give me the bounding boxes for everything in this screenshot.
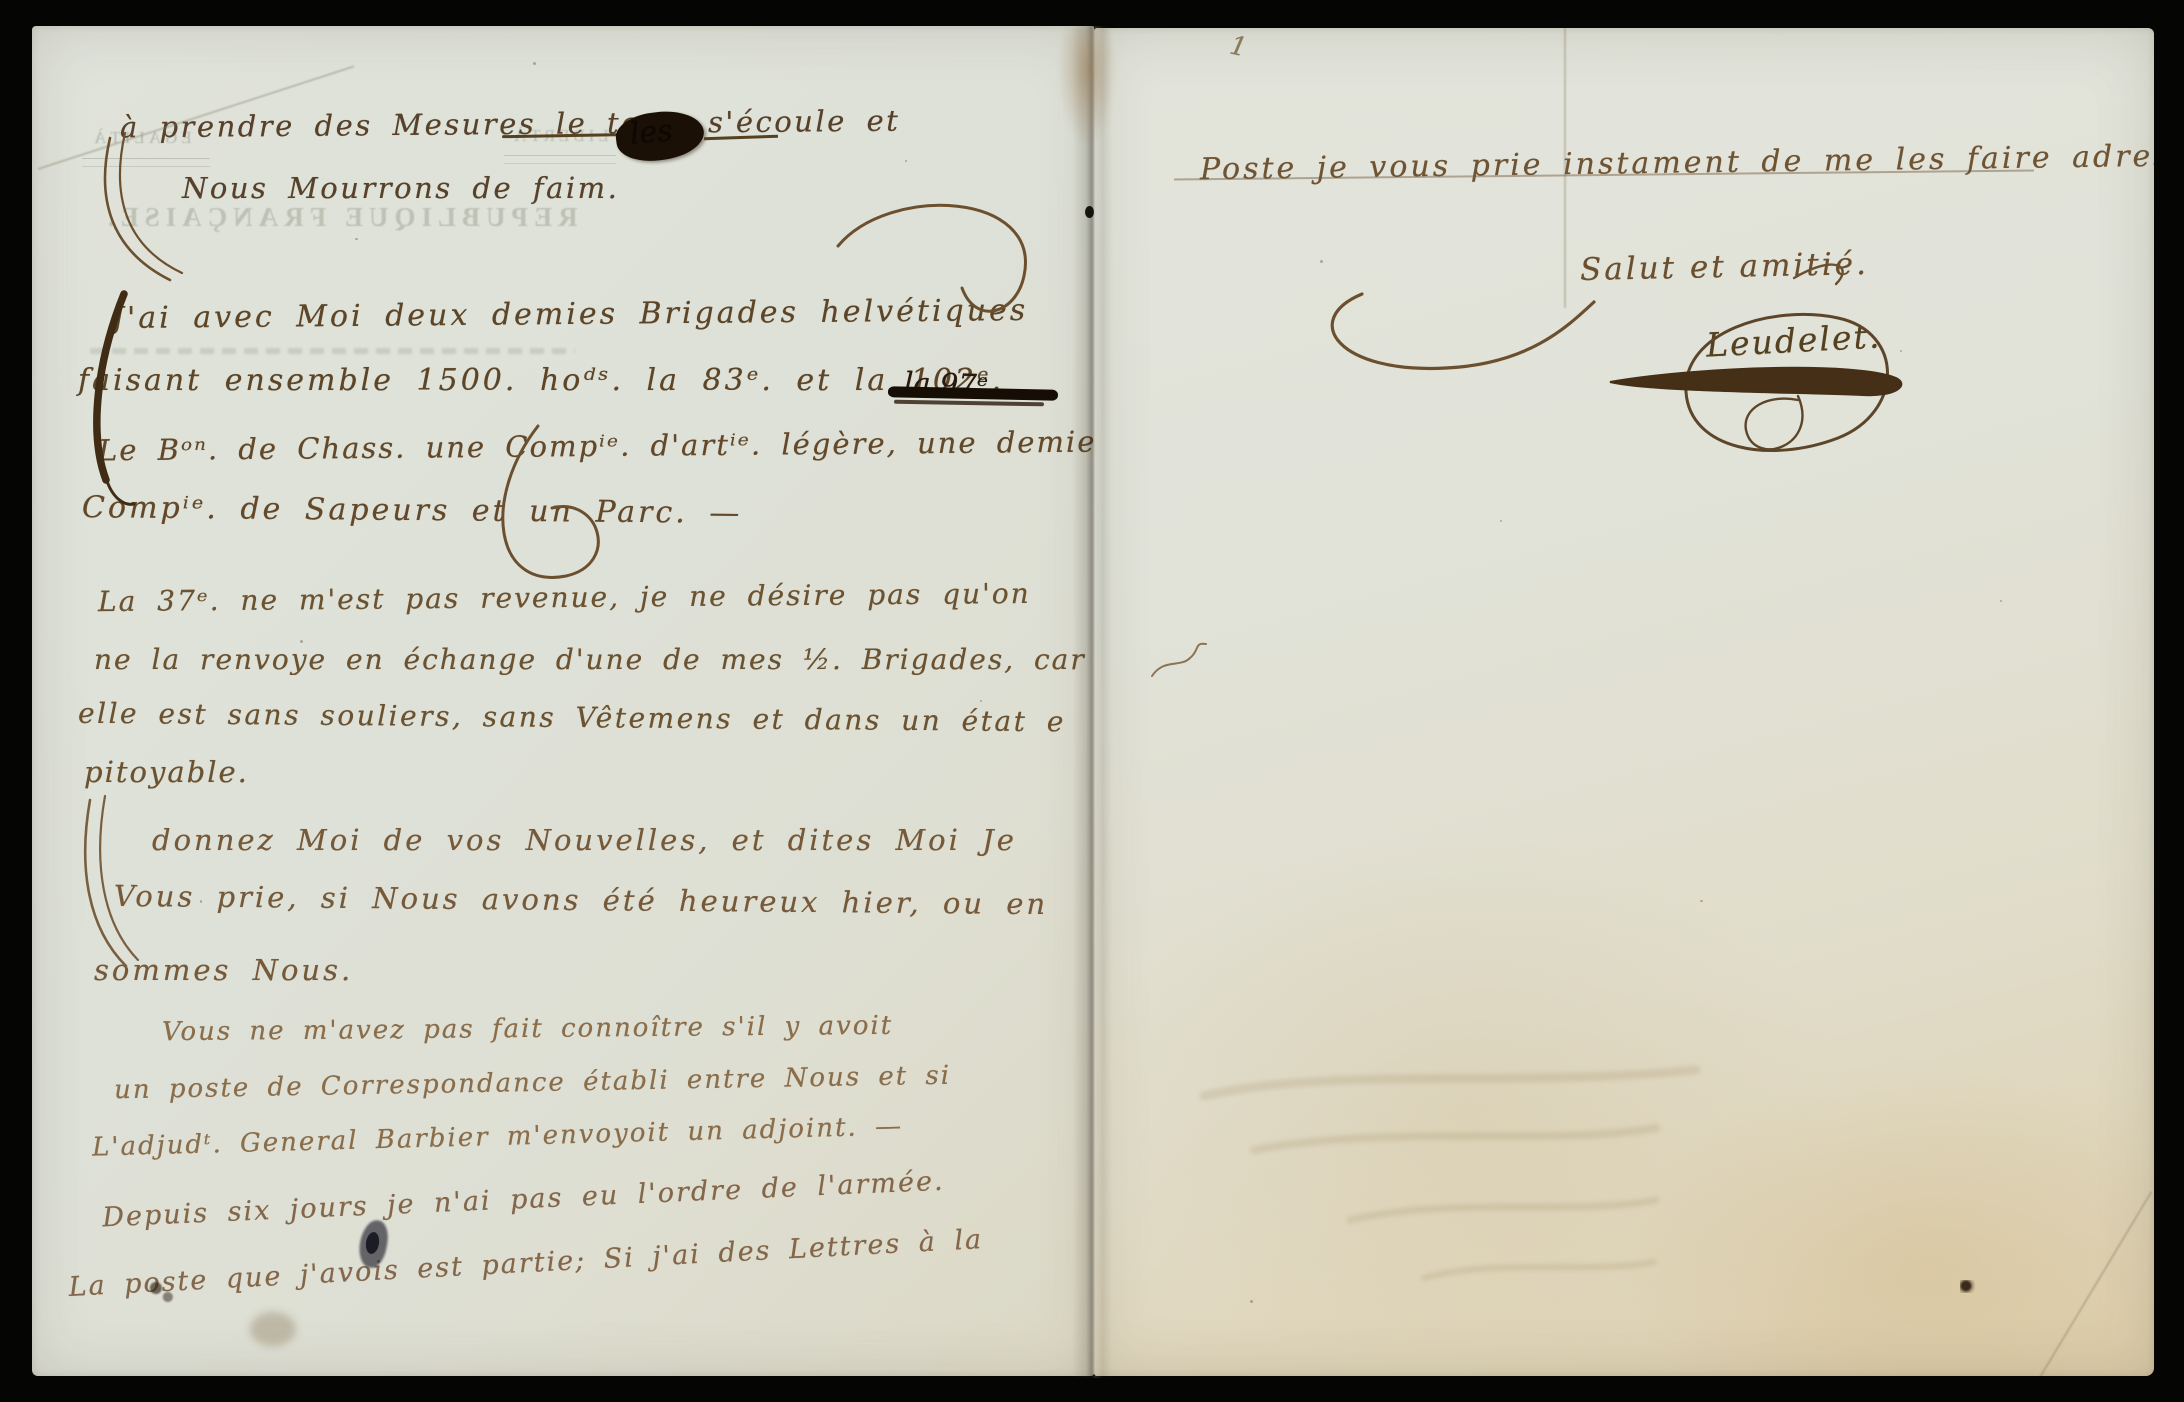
paper-speck [2000, 600, 2002, 602]
paper-speck [620, 520, 622, 522]
handwritten-line: La poste que j'avois est partie; Si j'ai… [68, 1226, 984, 1301]
paper-speck [1900, 350, 1902, 352]
handwritten-line: Vous ne m'avez pas fait connoître s'il y… [162, 1013, 893, 1045]
handwritten-line: elle est sans souliers, sans Vêtemens et… [78, 700, 1066, 737]
handwritten-line: Depuis six jours je n'ai pas eu l'ordre … [102, 1168, 945, 1232]
letterhead-faint-print-line [90, 348, 575, 354]
crease-vertical [1564, 28, 1566, 308]
handwritten-line: L'adjudᵗ. General Barbier m'envoyoit un … [92, 1113, 904, 1160]
handwritten-line: un poste de Correspondance établi entre … [114, 1063, 951, 1104]
handwritten-line: pitoyable. [84, 758, 249, 787]
handwritten-line: à prendre des Mesures le tems s'écoule e… [120, 107, 901, 143]
right-page: 1 Poste je vous prie instament de me les… [1094, 28, 2154, 1376]
handwritten-line: J'ai avec Moi deux demies Brigades helvé… [112, 296, 1028, 334]
fold-ink-dot [1085, 206, 1094, 218]
paper-speck [1250, 1300, 1253, 1303]
paper-speck [533, 62, 536, 65]
crease-bottom-right [2039, 1191, 2152, 1376]
letterhead-rule-right [504, 155, 616, 164]
page-number: 1 [1227, 33, 1249, 62]
pen-flourishes-right [1094, 28, 2154, 1376]
fold-stain [1058, 28, 1116, 146]
paper-speck [355, 238, 358, 240]
letterhead-rule-left [82, 158, 210, 167]
handwritten-line: Vous prie, si Nous avons été heureux hie… [114, 882, 1048, 919]
left-page: EGALITÀ LIBERTÀ REPUBLIQUE FRANÇAISE. à … [32, 26, 1094, 1376]
handwritten-line: La 37ᵉ. ne m'est pas revenue, je ne dési… [98, 580, 1031, 616]
dark-speckle-cluster [144, 1276, 178, 1306]
blotted-word: les [629, 116, 674, 150]
handwritten-line: faisant ensemble 1500. hoᵈˢ. la 83ᵉ. et … [78, 366, 1004, 396]
paper-speck [200, 900, 202, 903]
paper-speck [980, 700, 982, 702]
signature: Leudelet. [1705, 319, 1882, 361]
strike-bar-97b [894, 400, 1044, 407]
handwritten-line: Le Bᵒⁿ. de Chass. une Compⁱᵉ. d'artⁱᵉ. l… [98, 428, 1094, 466]
letterhead-title: REPUBLIQUE FRANÇAISE. [102, 202, 578, 233]
handwritten-line: sommes Nous. [94, 956, 353, 985]
ink-dot-bottom [1960, 1280, 1975, 1293]
paper-speck [1700, 900, 1703, 902]
paper-speck [1320, 260, 1323, 263]
paper-speck [1500, 520, 1502, 522]
closing-salutation: Salut et amitié. [1580, 249, 1870, 286]
manuscript-scan: EGALITÀ LIBERTÀ REPUBLIQUE FRANÇAISE. à … [0, 0, 2184, 1402]
handwritten-line: Nous Mourrons de faim. [182, 174, 619, 203]
faint-smudge [250, 1312, 296, 1346]
handwritten-line: donnez Moi de vos Nouvelles, et dites Mo… [152, 826, 1017, 855]
handwritten-line: Compⁱᵉ. de Sapeurs et un Parc. — [82, 493, 743, 529]
handwritten-line: ne la renvoye en échange d'une de mes ½.… [94, 646, 1086, 674]
paper-speck [905, 160, 907, 162]
continuation-line: Poste je vous prie instament de me les f… [1200, 141, 2154, 185]
paper-speck [300, 640, 303, 643]
